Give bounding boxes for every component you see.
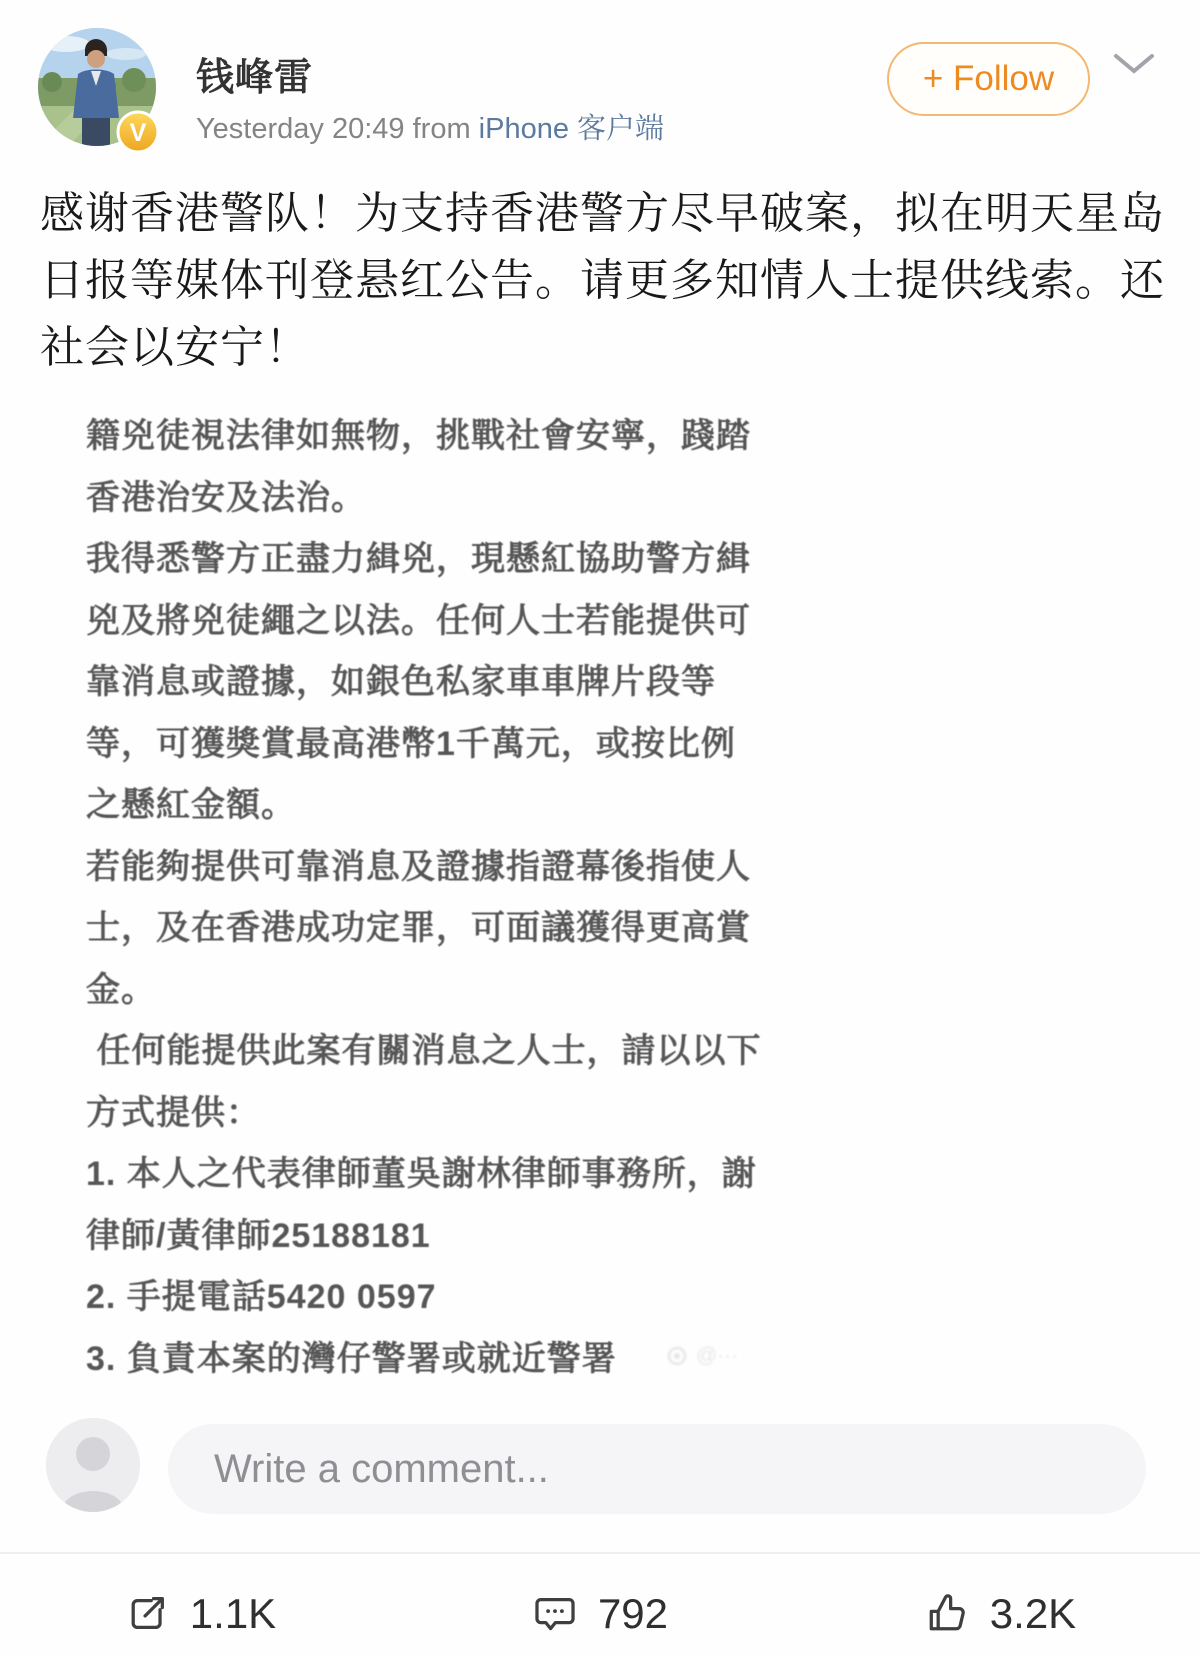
- like-count: 3.2K: [990, 1590, 1076, 1638]
- notice-line: 1. 本人之代表律師董吳謝林律師事務所，謝: [86, 1146, 826, 1208]
- weibo-post-page: V 钱峰雷 Yesterday 20:49 from iPhone 客户端 + …: [0, 0, 1200, 1656]
- notice-line: 士，及在香港成功定罪，可面議獲得更高賞: [86, 900, 826, 962]
- verified-badge-icon: V: [116, 110, 160, 154]
- like-button[interactable]: 3.2K: [800, 1572, 1200, 1656]
- person-silhouette-icon: [46, 1418, 140, 1512]
- svg-text:V: V: [130, 119, 147, 147]
- weibo-watermark: @···: [666, 1344, 738, 1368]
- notice-line: 金。: [86, 962, 826, 1024]
- notice-line: 籍兇徒視法律如無物，挑戰社會安寧，踐踏: [86, 408, 826, 470]
- notice-line: 靠消息或證據，如銀色私家車車牌片段等: [86, 654, 826, 716]
- notice-line: 律師/黃律師25188181: [86, 1208, 826, 1270]
- repost-button[interactable]: 1.1K: [0, 1572, 400, 1656]
- post-text: 感谢香港警队！为支持香港警方尽早破案，拟在明天星岛日报等媒体刊登悬红公告。请更多…: [40, 180, 1172, 381]
- comment-button[interactable]: 792: [400, 1572, 800, 1656]
- post-meta: Yesterday 20:49 from iPhone 客户端: [196, 106, 664, 147]
- weibo-eye-icon: [666, 1345, 690, 1367]
- notice-line: 2. 手提電話5420 0597: [86, 1269, 826, 1331]
- notice-line: 任何能提供此案有關消息之人士，請以以下: [86, 1023, 826, 1085]
- notice-line: 若能夠提供可靠消息及證據指證幕後指使人: [86, 839, 826, 901]
- source-prefix: from: [413, 113, 471, 145]
- post-source[interactable]: iPhone 客户端: [479, 113, 664, 145]
- notice-line: 我得悉警方正盡力緝兇，現懸紅協助警方緝: [86, 531, 826, 593]
- thumbs-up-icon: [924, 1591, 970, 1637]
- commenter-avatar-placeholder: [46, 1418, 140, 1512]
- repost-icon: [124, 1591, 170, 1637]
- notice-line: 兇及將兇徒繩之以法。任何人士若能提供可: [86, 593, 826, 655]
- repost-count: 1.1K: [190, 1590, 276, 1638]
- divider: [0, 1552, 1200, 1554]
- reward-notice-image[interactable]: 籍兇徒視法律如無物，挑戰社會安寧，踐踏 香港治安及法治。 我得悉警方正盡力緝兇，…: [86, 408, 826, 1392]
- notice-line: 之懸紅金額。: [86, 777, 826, 839]
- notice-line: 方式提供：: [86, 1085, 826, 1147]
- comment-count: 792: [598, 1590, 668, 1638]
- timestamp: Yesterday 20:49: [196, 113, 405, 145]
- notice-line: 等，可獲獎賞最高港幣1千萬元，或按比例: [86, 716, 826, 778]
- chevron-down-icon[interactable]: [1112, 52, 1156, 81]
- notice-line: 香港治安及法治。: [86, 470, 826, 532]
- comment-input[interactable]: [168, 1424, 1146, 1514]
- comment-icon: [532, 1591, 578, 1637]
- watermark-text: @···: [696, 1344, 738, 1368]
- follow-button[interactable]: + Follow: [887, 42, 1090, 116]
- action-bar: 1.1K 792 3.2K: [0, 1572, 1200, 1656]
- username[interactable]: 钱峰雷: [196, 46, 313, 101]
